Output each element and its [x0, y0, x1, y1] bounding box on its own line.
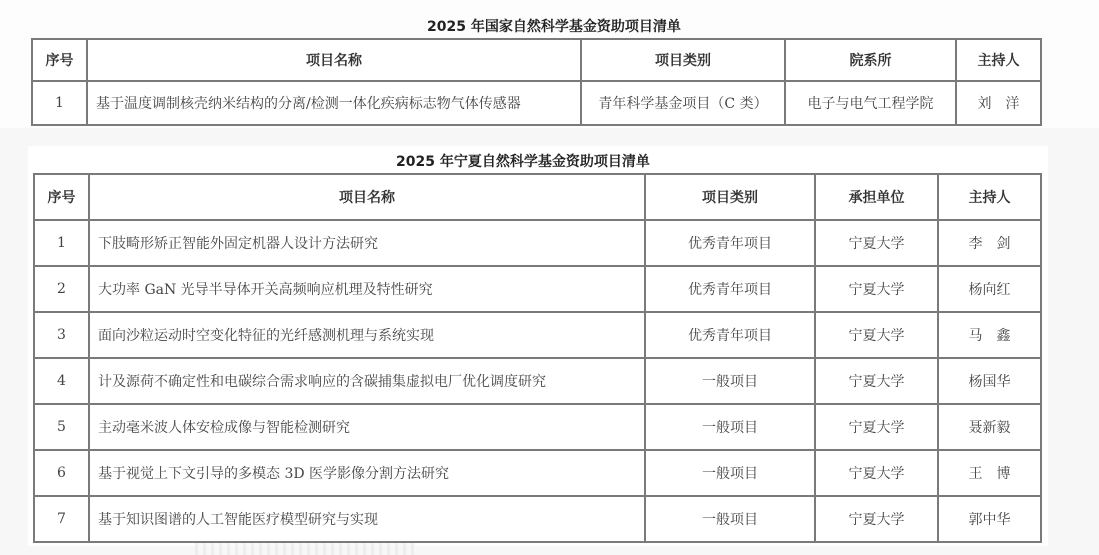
cell-host-unit: 宁夏大学	[815, 450, 938, 496]
national-table-title: 2025 年国家自然科学基金资助项目清单	[427, 16, 681, 36]
table-row: 4 计及源荷不确定性和电碳综合需求响应的含碳捕集虚拟电厂优化调度研究 一般项目 …	[34, 358, 1041, 404]
table-row: 2 大功率 GaN 光导半导体开关高频响应机理及特性研究 优秀青年项目 宁夏大学…	[34, 266, 1041, 312]
header-project-name: 项目名称	[89, 174, 645, 220]
cell-pi: 马 鑫	[938, 312, 1041, 358]
cell-pi: 杨国华	[938, 358, 1041, 404]
table-row: 6 基于视觉上下文引导的多模态 3D 医学影像分割方法研究 一般项目 宁夏大学 …	[34, 450, 1041, 496]
cell-index: 5	[34, 404, 89, 450]
cell-project-name: 主动毫米波人体安检成像与智能检测研究	[89, 404, 645, 450]
cell-host-unit: 宁夏大学	[815, 220, 938, 266]
cell-project-category: 一般项目	[645, 450, 815, 496]
header-project-category: 项目类别	[645, 174, 815, 220]
cell-host-unit: 宁夏大学	[815, 312, 938, 358]
cell-index: 2	[34, 266, 89, 312]
header-index: 序号	[32, 39, 87, 81]
table-header-row: 序号 项目名称 项目类别 承担单位 主持人	[34, 174, 1041, 220]
header-pi: 主持人	[956, 39, 1041, 81]
cell-index: 1	[34, 220, 89, 266]
national-fund-table: 序号 项目名称 项目类别 院系所 主持人 1 基于温度调制核壳纳米结构的分离/检…	[31, 38, 1042, 126]
cell-pi: 聂新毅	[938, 404, 1041, 450]
table-header-row: 序号 项目名称 项目类别 院系所 主持人	[32, 39, 1041, 81]
cell-project-name: 下肢畸形矫正智能外固定机器人设计方法研究	[89, 220, 645, 266]
cropped-text-remnant	[195, 543, 415, 555]
cell-project-name: 计及源荷不确定性和电碳综合需求响应的含碳捕集虚拟电厂优化调度研究	[89, 358, 645, 404]
header-index: 序号	[34, 174, 89, 220]
cell-project-category: 青年科学基金项目（C 类）	[581, 81, 785, 125]
cell-index: 7	[34, 496, 89, 542]
ningxia-fund-table: 序号 项目名称 项目类别 承担单位 主持人 1 下肢畸形矫正智能外固定机器人设计…	[33, 173, 1042, 543]
cell-pi: 刘 洋	[956, 81, 1041, 125]
cell-pi: 杨向红	[938, 266, 1041, 312]
cell-pi: 李 剑	[938, 220, 1041, 266]
cell-index: 3	[34, 312, 89, 358]
table-row: 1 下肢畸形矫正智能外固定机器人设计方法研究 优秀青年项目 宁夏大学 李 剑	[34, 220, 1041, 266]
cell-project-name: 基于视觉上下文引导的多模态 3D 医学影像分割方法研究	[89, 450, 645, 496]
cell-project-category: 一般项目	[645, 496, 815, 542]
cell-project-category: 优秀青年项目	[645, 220, 815, 266]
cell-project-name: 基于知识图谱的人工智能医疗模型研究与实现	[89, 496, 645, 542]
cell-index: 6	[34, 450, 89, 496]
cell-project-name: 基于温度调制核壳纳米结构的分离/检测一体化疾病标志物气体传感器	[87, 81, 581, 125]
cell-department: 电子与电气工程学院	[785, 81, 956, 125]
cell-host-unit: 宁夏大学	[815, 404, 938, 450]
header-host-unit: 承担单位	[815, 174, 938, 220]
cell-pi: 王 博	[938, 450, 1041, 496]
cell-project-category: 一般项目	[645, 358, 815, 404]
cell-host-unit: 宁夏大学	[815, 496, 938, 542]
table-row: 3 面向沙粒运动时空变化特征的光纤感测机理与系统实现 优秀青年项目 宁夏大学 马…	[34, 312, 1041, 358]
cell-host-unit: 宁夏大学	[815, 266, 938, 312]
header-project-category: 项目类别	[581, 39, 785, 81]
header-project-name: 项目名称	[87, 39, 581, 81]
cell-pi: 郭中华	[938, 496, 1041, 542]
header-department: 院系所	[785, 39, 956, 81]
cell-project-name: 面向沙粒运动时空变化特征的光纤感测机理与系统实现	[89, 312, 645, 358]
cell-project-category: 优秀青年项目	[645, 266, 815, 312]
cell-host-unit: 宁夏大学	[815, 358, 938, 404]
table-row: 1 基于温度调制核壳纳米结构的分离/检测一体化疾病标志物气体传感器 青年科学基金…	[32, 81, 1041, 125]
cell-index: 4	[34, 358, 89, 404]
cell-project-category: 优秀青年项目	[645, 312, 815, 358]
cell-project-category: 一般项目	[645, 404, 815, 450]
ningxia-table-title: 2025 年宁夏自然科学基金资助项目清单	[396, 151, 650, 171]
table-row: 7 基于知识图谱的人工智能医疗模型研究与实现 一般项目 宁夏大学 郭中华	[34, 496, 1041, 542]
cell-index: 1	[32, 81, 87, 125]
cell-project-name: 大功率 GaN 光导半导体开关高频响应机理及特性研究	[89, 266, 645, 312]
header-pi: 主持人	[938, 174, 1041, 220]
table-row: 5 主动毫米波人体安检成像与智能检测研究 一般项目 宁夏大学 聂新毅	[34, 404, 1041, 450]
